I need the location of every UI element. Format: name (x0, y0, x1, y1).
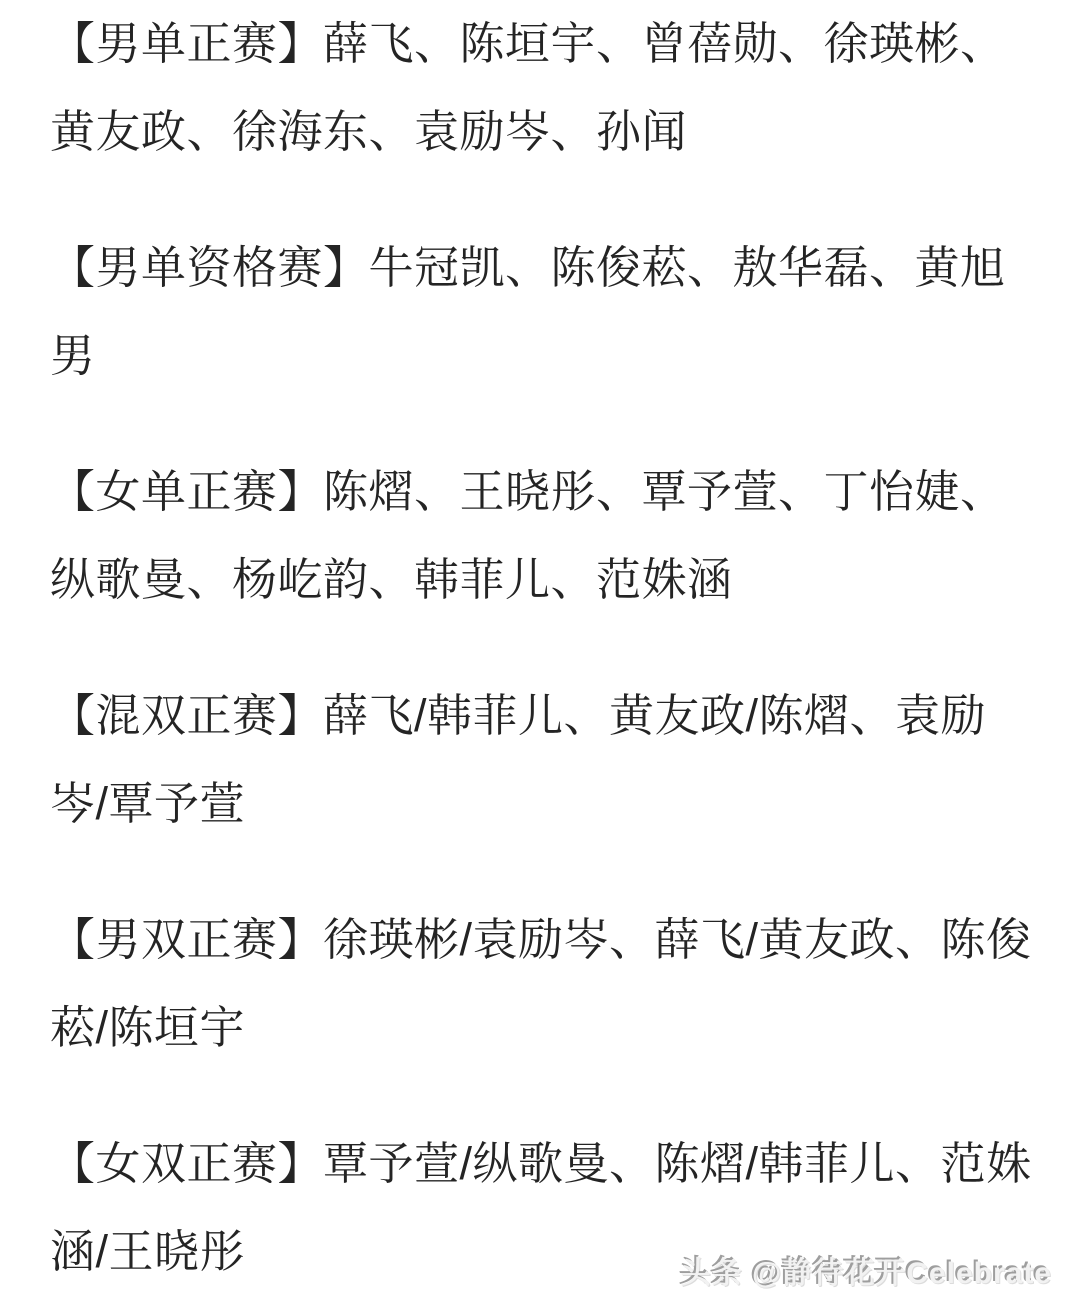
watermark-text: 头条 @静待花开Celebrate (681, 1257, 1052, 1290)
toutiao-watermark: 头条 @静待花开Celebrate (681, 1248, 1052, 1292)
roster-list: 【男单正赛】薛飞、陈垣宇、曾蓓勋、徐瑛彬、黄友政、徐海东、袁励岑、孙闻【男单资格… (0, 0, 1080, 1296)
section-paragraph: 【男双正赛】徐瑛彬/袁励岑、薛飞/黄友政、陈俊菘/陈垣宇 (50, 896, 1036, 1072)
section-paragraph: 【混双正赛】薛飞/韩菲儿、黄友政/陈熠、袁励岑/覃予萱 (50, 672, 1036, 848)
section-paragraph: 【男单资格赛】牛冠凯、陈俊菘、敖华磊、黄旭男 (50, 224, 1036, 400)
article-page: 【男单正赛】薛飞、陈垣宇、曾蓓勋、徐瑛彬、黄友政、徐海东、袁励岑、孙闻【男单资格… (0, 0, 1080, 1311)
section-paragraph: 【男单正赛】薛飞、陈垣宇、曾蓓勋、徐瑛彬、黄友政、徐海东、袁励岑、孙闻 (50, 0, 1036, 176)
section-paragraph: 【女单正赛】陈熠、王晓彤、覃予萱、丁怡婕、纵歌曼、杨屹韵、韩菲儿、范姝涵 (50, 448, 1036, 624)
